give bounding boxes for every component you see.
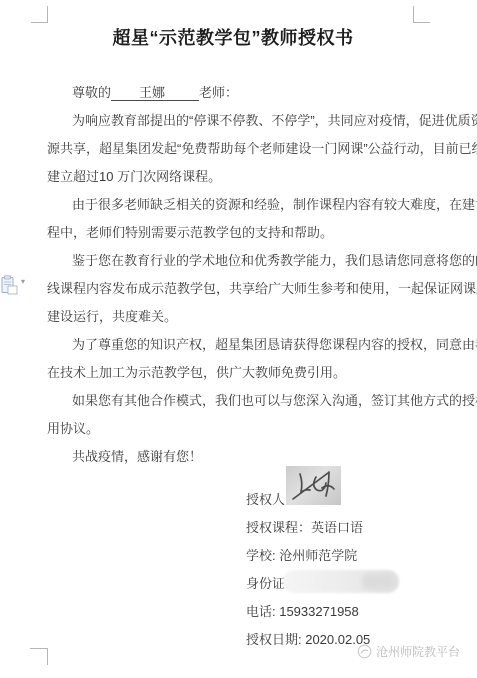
margin-mark-bottom-left bbox=[30, 648, 48, 649]
paragraph-line: 由于很多老师缺乏相关的资源和经验，制作课程内容有较大难度，在建课过 bbox=[47, 191, 423, 219]
salutation: 尊敬的王娜老师： bbox=[47, 79, 423, 107]
paragraph-line: 源共享，超星集团发起“免费帮助每个老师建设一门网课”公益行动，目前已经 bbox=[47, 135, 423, 163]
paragraph-line: 建设运行，共度难关。 bbox=[47, 303, 423, 331]
margin-mark-top-left bbox=[31, 22, 48, 23]
watermark-text: 沧州师院教平台 bbox=[376, 643, 460, 660]
paragraph-line: 在技术上加工为示范教学包，供广大教师免费引用。 bbox=[47, 359, 423, 387]
letter-body: 尊敬的王娜老师： 为响应教育部提出的“停课不停教、不停学”，共同应对疫情，促进优… bbox=[47, 79, 423, 471]
authorization-date: 授权日期: 2020.02.05 bbox=[246, 626, 370, 654]
paragraph-line: 如果您有其他合作模式，我们也可以与您深入沟通，签订其他方式的授权使 bbox=[47, 387, 423, 415]
word-document-page: ▾ 超星“示范教学包”教师授权书 尊敬的王娜老师： 为响应教育部提出的“停课不停… bbox=[0, 0, 477, 678]
handwritten-signature bbox=[286, 466, 341, 505]
platform-watermark: 沧州师院教平台 bbox=[357, 643, 460, 660]
closing-line: 共战疫情，感谢有您！ bbox=[47, 443, 423, 471]
margin-mark-top-right bbox=[413, 22, 430, 23]
authorized-course: 授权课程：英语口语 bbox=[246, 514, 370, 542]
paragraph-line: 用协议。 bbox=[47, 415, 423, 443]
phone: 电话: 15933271958 bbox=[246, 598, 370, 626]
salutation-suffix: 老师： bbox=[199, 85, 238, 100]
paragraph-line: 鉴于您在教育行业的学术地位和优秀教学能力，我们恳请您同意将您的的在 bbox=[47, 247, 423, 275]
paragraph-line: 为响应教育部提出的“停课不停教、不停学”，共同应对疫情，促进优质资 bbox=[47, 107, 423, 135]
school: 学校: 沧州师范学院 bbox=[246, 542, 370, 570]
chevron-down-icon[interactable]: ▾ bbox=[21, 277, 25, 286]
paste-options-icon[interactable] bbox=[1, 275, 18, 295]
paragraph-line: 为了尊重您的知识产权，超星集团恳请获得您课程内容的授权，同意由我们 bbox=[47, 331, 423, 359]
margin-mark-top-left bbox=[47, 6, 48, 23]
wechat-account-logo-icon bbox=[357, 644, 372, 659]
paragraph-line: 建立超过10 万门次网络课程。 bbox=[47, 163, 423, 191]
id-number-redacted bbox=[362, 574, 394, 589]
page-title: 超星“示范教学包”教师授权书 bbox=[47, 24, 419, 50]
margin-mark-top-right bbox=[413, 6, 414, 23]
paragraph-line: 线课程内容发布成示范教学包，共享给广大师生参考和使用，一起保证网课顺利 bbox=[47, 275, 423, 303]
salutation-prefix: 尊敬的 bbox=[72, 85, 111, 100]
margin-mark-bottom-left bbox=[47, 648, 48, 665]
paragraph-line: 程中，老师们特别需要示范教学包的支持和帮助。 bbox=[47, 219, 423, 247]
teacher-name-underlined: 王娜 bbox=[111, 85, 199, 101]
